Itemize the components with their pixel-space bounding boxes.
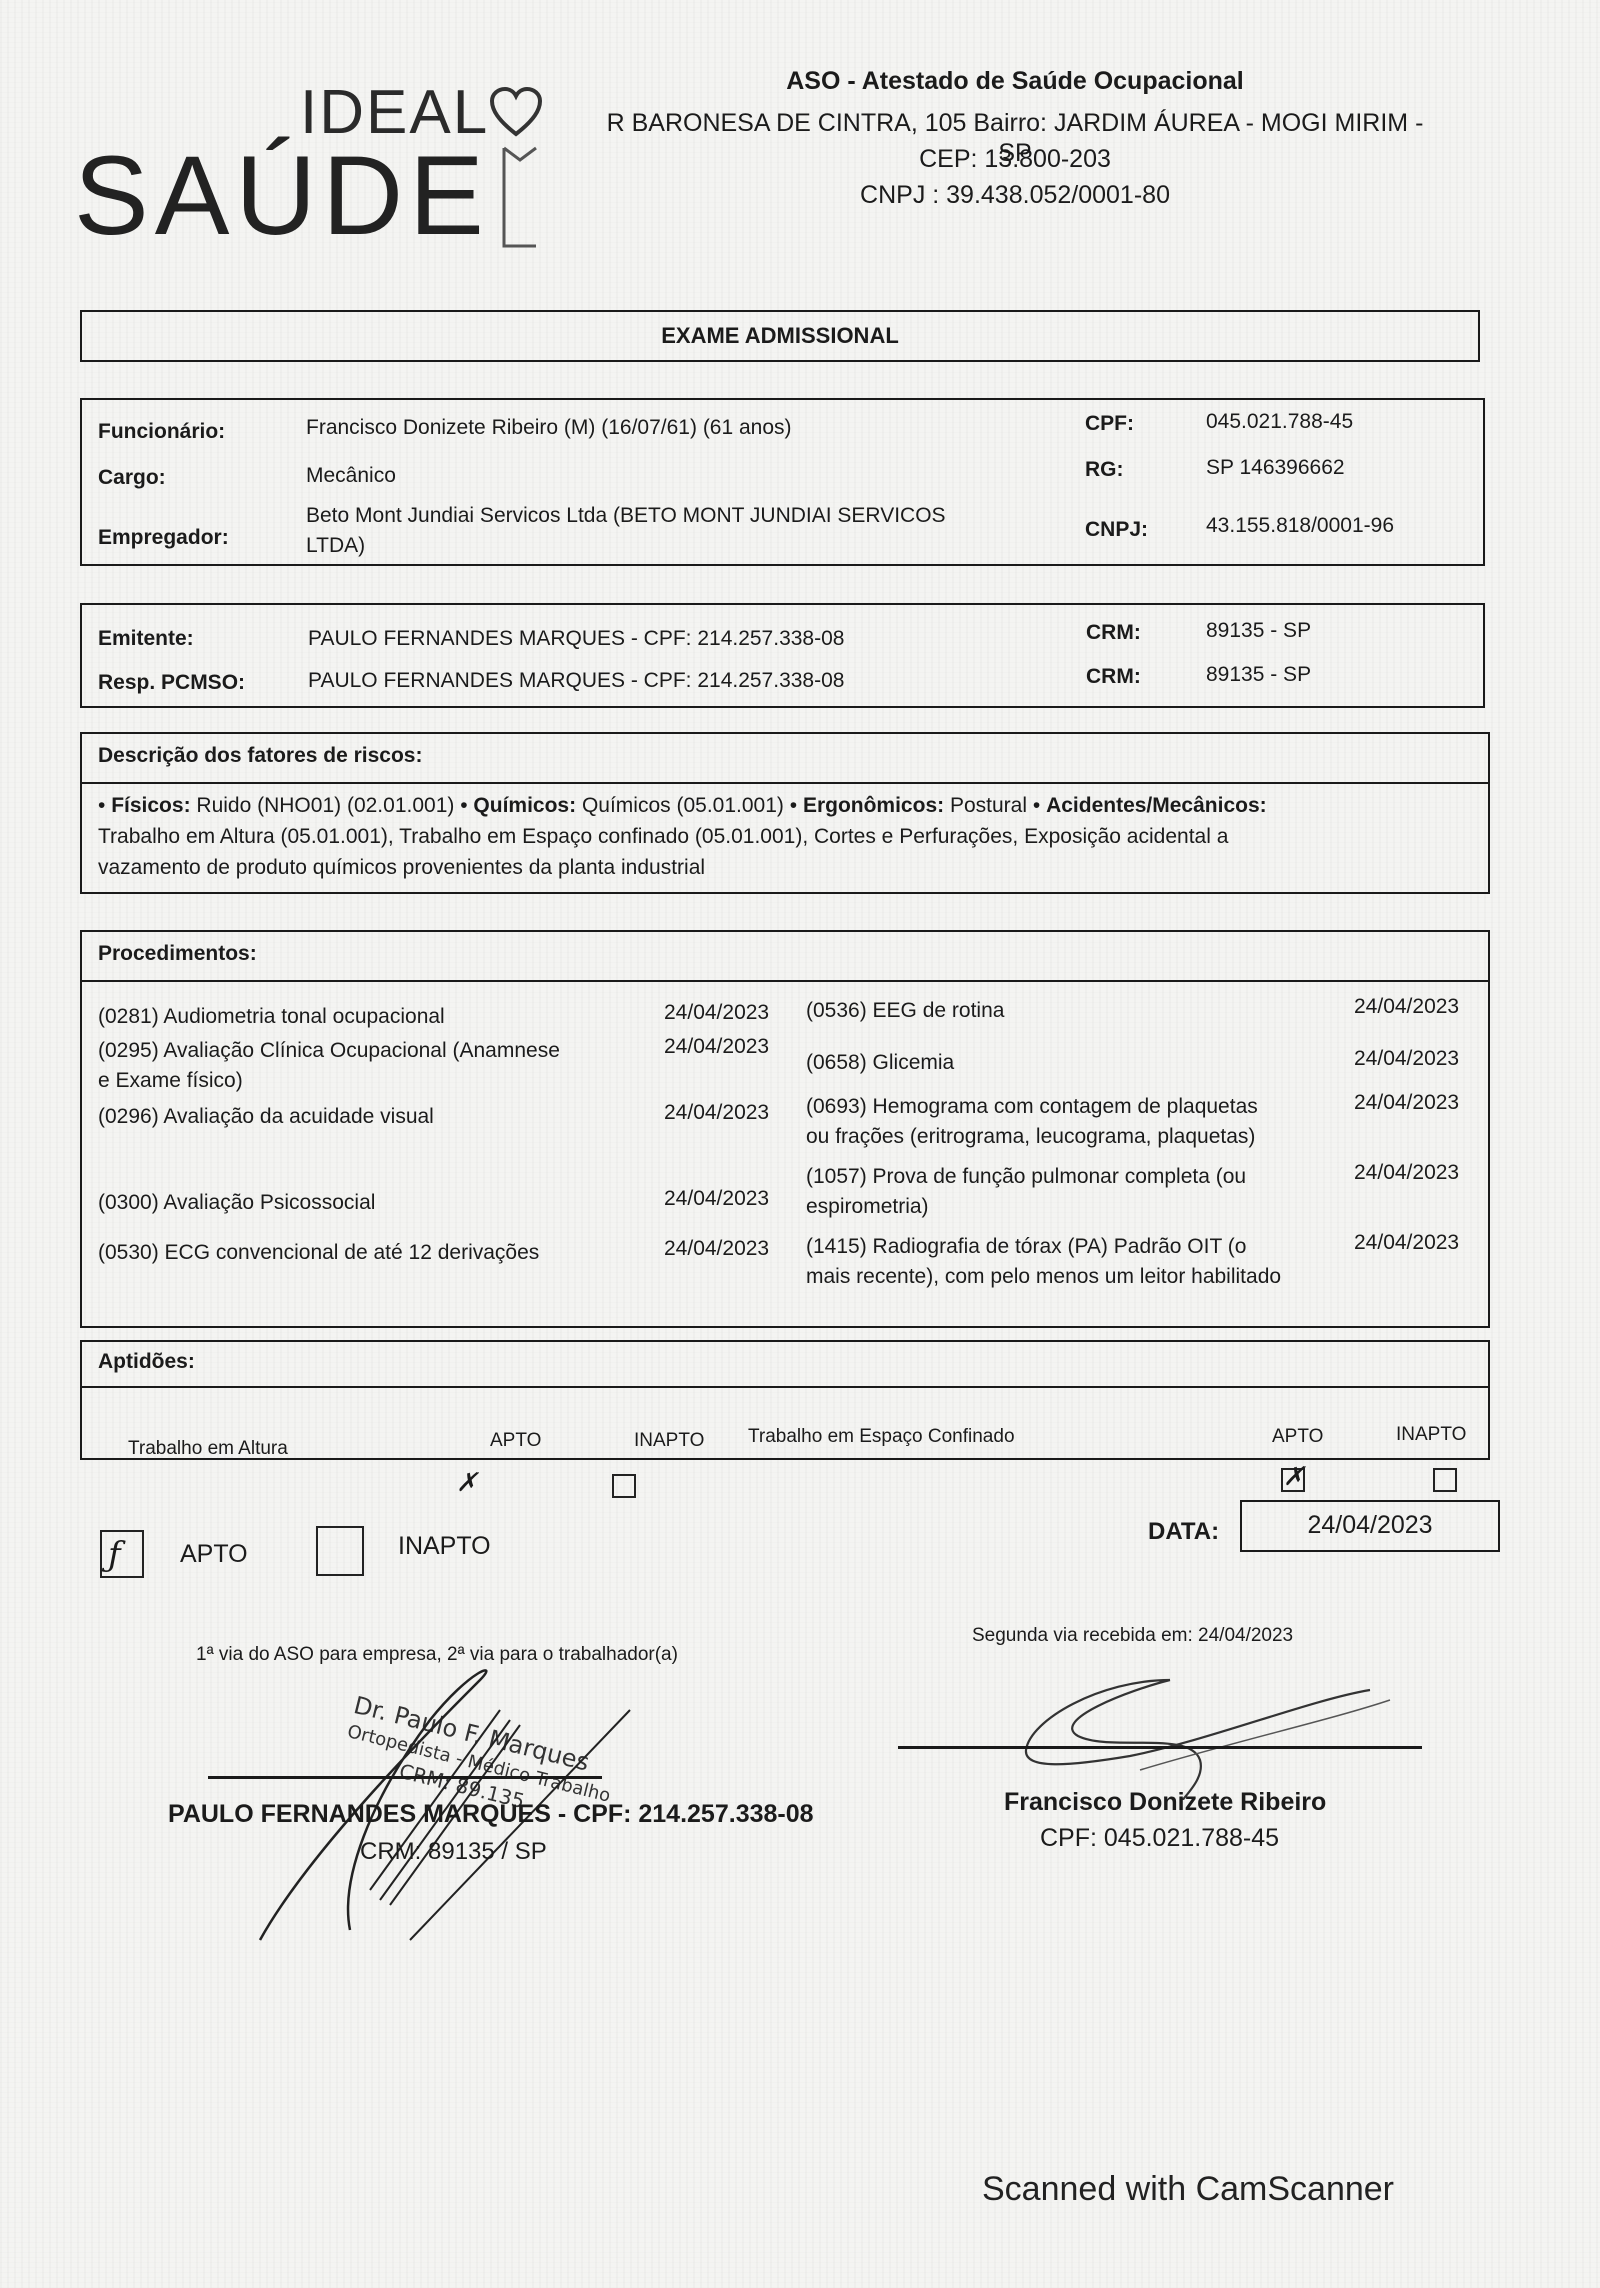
- procedure-date: 24/04/2023: [1354, 1044, 1459, 1074]
- rg-value: SP 146396662: [1206, 456, 1345, 480]
- procedure-date: 24/04/2023: [1354, 1228, 1459, 1258]
- emitente-label: Emitente:: [98, 627, 194, 651]
- risk-factors-text: • Físicos: Ruido (NHO01) (02.01.001) • Q…: [82, 784, 1488, 889]
- procedure-name: (1057) Prova de função pulmonar completa…: [806, 1162, 1346, 1192]
- pcmso-label: Resp. PCMSO:: [98, 671, 245, 695]
- confinado-inapto-label: INAPTO: [1396, 1424, 1466, 1446]
- procedure-name-cont: e Exame físico): [98, 1066, 243, 1096]
- check-mark-icon: ✗: [456, 1470, 478, 1496]
- rg-label: RG:: [1085, 458, 1124, 482]
- procedure-date: 24/04/2023: [664, 998, 769, 1028]
- result-inapto-checkbox[interactable]: [316, 1526, 364, 1576]
- procedure-date: 24/04/2023: [664, 1234, 769, 1264]
- funcionario-value: Francisco Donizete Ribeiro (M) (16/07/61…: [306, 416, 792, 440]
- result-inapto-label: INAPTO: [398, 1532, 491, 1561]
- procedure-date: 24/04/2023: [1354, 992, 1459, 1022]
- procedure-name: (0693) Hemograma com contagem de plaquet…: [806, 1092, 1346, 1122]
- aptitudes-section: Aptidões: Trabalho em Altura ✗ APTO INAP…: [80, 1340, 1490, 1460]
- procedure-date: 24/04/2023: [664, 1032, 769, 1062]
- risk-factors-section: Descrição dos fatores de riscos: • Físic…: [80, 732, 1490, 894]
- procedure-date: 24/04/2023: [664, 1184, 769, 1214]
- emitente-crm-value: 89135 - SP: [1206, 619, 1311, 643]
- cpf-value: 045.021.788-45: [1206, 410, 1353, 434]
- date-label: DATA:: [1148, 1518, 1219, 1546]
- procedure-name: (0530) ECG convencional de até 12 deriva…: [98, 1238, 658, 1268]
- confinado-label: Trabalho em Espaço Confinado: [748, 1426, 1015, 1448]
- result-apto-label: APTO: [180, 1540, 248, 1569]
- procedure-date: 24/04/2023: [1354, 1158, 1459, 1188]
- pcmso-crm-value: 89135 - SP: [1206, 663, 1311, 687]
- procedure-date: 24/04/2023: [1354, 1088, 1459, 1118]
- procedure-name: (0281) Audiometria tonal ocupacional: [98, 1002, 658, 1032]
- risk-acidentes-value-line2: vazamento de produto químicos provenient…: [98, 852, 1472, 883]
- cargo-label: Cargo:: [98, 466, 166, 490]
- cnpj-value: 43.155.818/0001-96: [1206, 514, 1394, 538]
- cnpj-label: CNPJ:: [1085, 518, 1148, 542]
- heart-icon: [488, 86, 544, 138]
- procedure-name-cont: ou frações (eritrograma, leucograma, pla…: [806, 1122, 1255, 1152]
- procedure-name: (0296) Avaliação da acuidade visual: [98, 1102, 658, 1132]
- risk-acidentes-label: Acidentes/Mecânicos:: [1046, 794, 1267, 817]
- procedure-name: (1415) Radiografia de tórax (PA) Padrão …: [806, 1232, 1346, 1262]
- clinic-cnpj: CNPJ : 39.438.052/0001-80: [600, 180, 1430, 210]
- risk-quimicos-value: Químicos (05.01.001): [582, 794, 784, 817]
- procedure-date: 24/04/2023: [664, 1098, 769, 1128]
- document-title: ASO - Atestado de Saúde Ocupacional: [600, 66, 1430, 96]
- procedure-name: (0536) EEG de rotina: [806, 996, 1346, 1026]
- empregador-value-line2: LTDA): [306, 534, 365, 558]
- cargo-value: Mecânico: [306, 464, 396, 488]
- check-mark-icon: ƒ: [108, 1538, 121, 1572]
- cpf-label: CPF:: [1085, 412, 1134, 436]
- procedure-name-cont: espirometria): [806, 1192, 929, 1222]
- altura-apto-label: APTO: [490, 1430, 541, 1452]
- pcmso-crm-label: CRM:: [1086, 665, 1141, 689]
- altura-inapto-label: INAPTO: [634, 1430, 704, 1452]
- procedures-heading: Procedimentos:: [82, 932, 1488, 982]
- employee-info-section: Funcionário: Francisco Donizete Ribeiro …: [80, 398, 1485, 566]
- doctor-signature-line: [208, 1776, 602, 1779]
- date-value: 24/04/2023: [1242, 1502, 1498, 1548]
- emitente-crm-label: CRM:: [1086, 621, 1141, 645]
- risk-ergonomicos-label: Ergonômicos:: [803, 794, 944, 817]
- risk-fisicos-label: Físicos:: [111, 794, 190, 817]
- procedure-name-cont: mais recente), com pelo menos um leitor …: [806, 1262, 1281, 1292]
- risk-factors-heading: Descrição dos fatores de riscos:: [82, 734, 1488, 784]
- risk-fisicos-value: Ruido (NHO01) (02.01.001): [196, 794, 454, 817]
- empregador-value-line1: Beto Mont Jundiai Servicos Ltda (BETO MO…: [306, 504, 946, 528]
- risk-ergonomicos-value: Postural: [950, 794, 1027, 817]
- pcmso-value: PAULO FERNANDES MARQUES - CPF: 214.257.3…: [308, 669, 844, 693]
- received-note: Segunda via recebida em: 24/04/2023: [972, 1625, 1293, 1647]
- logo-saude-text: SAÚDE: [74, 140, 490, 252]
- confinado-inapto-checkbox[interactable]: [1433, 1468, 1457, 1492]
- exam-type-box: EXAME ADMISSIONAL: [80, 310, 1480, 362]
- exam-type: EXAME ADMISSIONAL: [82, 312, 1478, 360]
- risk-quimicos-label: Químicos:: [473, 794, 576, 817]
- worker-cpf: CPF: 045.021.788-45: [1040, 1824, 1279, 1853]
- procedures-section: Procedimentos: (0281) Audiometria tonal …: [80, 930, 1490, 1328]
- funcionario-label: Funcionário:: [98, 420, 225, 444]
- risk-acidentes-value-line1: Trabalho em Altura (05.01.001), Trabalho…: [98, 821, 1472, 852]
- procedure-name: (0295) Avaliação Clínica Ocupacional (An…: [98, 1036, 658, 1066]
- check-mark-icon: ✗: [1283, 1464, 1305, 1490]
- confinado-apto-label: APTO: [1272, 1426, 1323, 1448]
- altura-apto-checkbox[interactable]: ✗: [458, 1474, 482, 1498]
- altura-inapto-checkbox[interactable]: [612, 1474, 636, 1498]
- worker-signature-line: [898, 1746, 1422, 1749]
- result-apto-checkbox[interactable]: ƒ: [100, 1530, 144, 1578]
- doctor-crm: CRM: 89135 / SP: [360, 1838, 547, 1866]
- aptitudes-heading: Aptidões:: [82, 1342, 1488, 1388]
- altura-label: Trabalho em Altura: [128, 1438, 288, 1460]
- emitente-value: PAULO FERNANDES MARQUES - CPF: 214.257.3…: [308, 627, 844, 651]
- procedure-name: (0300) Avaliação Psicossocial: [98, 1188, 658, 1218]
- procedure-name: (0658) Glicemia: [806, 1048, 1346, 1078]
- worker-name: Francisco Donizete Ribeiro: [1004, 1788, 1326, 1817]
- doctor-name: PAULO FERNANDES MARQUES - CPF: 214.257.3…: [168, 1800, 814, 1829]
- date-field: 24/04/2023: [1240, 1500, 1500, 1552]
- logo-bracket-icon: [500, 142, 540, 252]
- worker-signature: [1010, 1660, 1430, 1800]
- empregador-label: Empregador:: [98, 526, 229, 550]
- confinado-apto-checkbox[interactable]: ✗: [1281, 1468, 1305, 1492]
- camscanner-watermark: Scanned with CamScanner: [982, 2170, 1394, 2209]
- issuer-section: Emitente: PAULO FERNANDES MARQUES - CPF:…: [80, 603, 1485, 708]
- clinic-cep: CEP: 13.800-203: [600, 144, 1430, 174]
